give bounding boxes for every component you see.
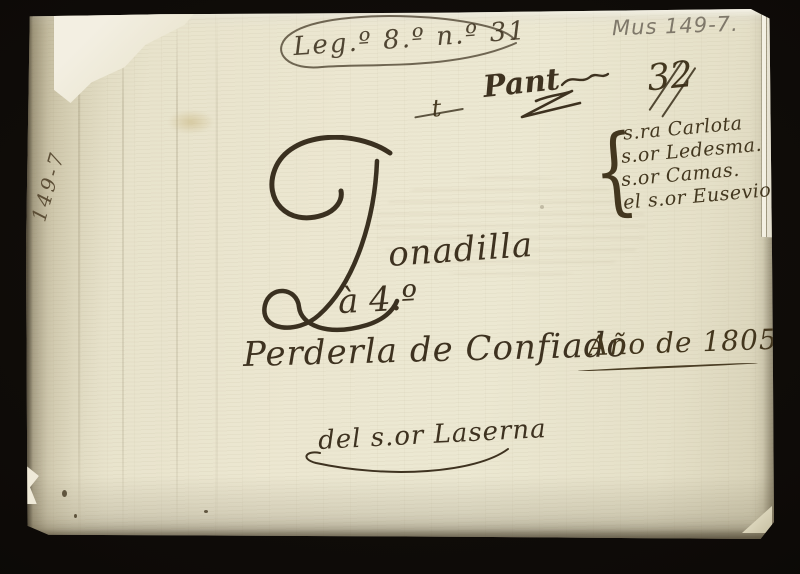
voices-mark: à 4.º bbox=[337, 278, 419, 322]
ink-speck bbox=[204, 510, 208, 513]
cast-lines: s.ra Carlota s.or Ledesma. s.or Camas. e… bbox=[616, 110, 772, 215]
page-bottom-shadow bbox=[26, 529, 774, 539]
stain bbox=[168, 110, 214, 134]
photo-background: Leg.º 8.º n.º 31 Mus 149-7. Pant 32 t { … bbox=[0, 0, 800, 574]
t-letter: t bbox=[431, 94, 443, 123]
torn-corner bbox=[54, 9, 204, 103]
fold-crease bbox=[216, 9, 218, 539]
ink-speck bbox=[74, 514, 77, 518]
pencil-catalog-number: Mus 149-7. bbox=[612, 12, 740, 40]
small-t-mark: t bbox=[413, 92, 469, 132]
spine-crease bbox=[122, 9, 124, 539]
spine-crease bbox=[176, 9, 178, 539]
year-note: Año de 1805 bbox=[587, 323, 778, 363]
crossed-number-group: 32 bbox=[633, 50, 711, 119]
composer-flourish bbox=[294, 445, 526, 481]
manuscript-cover: Leg.º 8.º n.º 31 Mus 149-7. Pant 32 t { … bbox=[26, 9, 774, 539]
cast-list: { s.ra Carlota s.or Ledesma. s.or Camas.… bbox=[584, 110, 772, 217]
left-deckle-edge bbox=[26, 9, 33, 539]
ink-speck bbox=[62, 490, 67, 497]
ink-speck bbox=[540, 205, 544, 209]
